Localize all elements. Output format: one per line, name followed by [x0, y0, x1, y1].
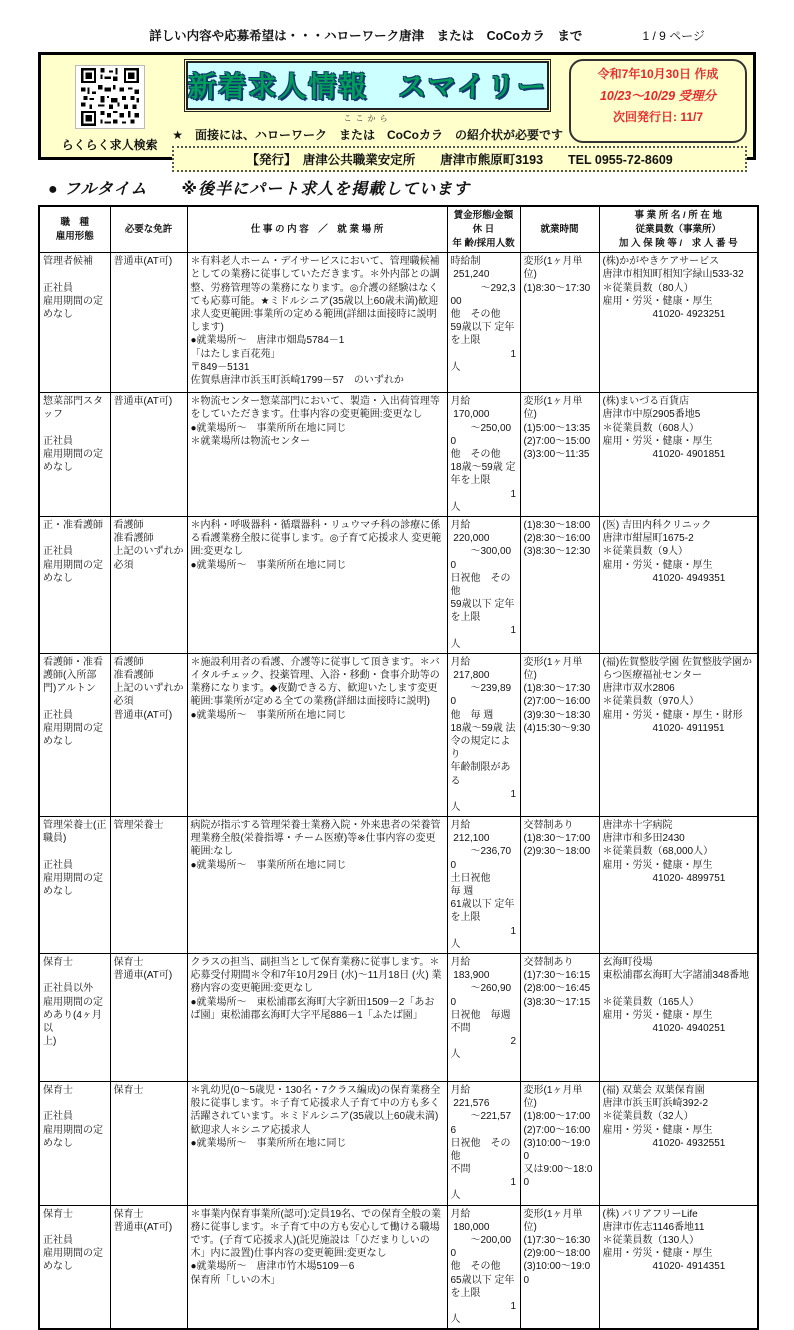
col-header-license: 必要な免許	[110, 206, 187, 253]
table-row: 保育士 正社員 雇用期間の定 めなし 保育士 普通車(AT可) ＊事業内保育事業…	[39, 1205, 758, 1329]
hours-cell: 変形(1ヶ月単位) (1)8:30～17:30 (2)7:00～16:00 (3…	[520, 653, 599, 816]
hours-cell: 交替制あり (1)8:30～17:00 (2)9:30～18:00	[520, 817, 599, 954]
job-title-cell: 保育士 正社員以外 雇用期間の定 めあり(4ヶ月以 上)	[39, 953, 110, 1081]
qr-area: らくらく求人検索	[47, 59, 172, 153]
wage-cell: 月給 180,000 ～200,000 他 その他 65歳以下 定年 を上限 1…	[447, 1205, 520, 1329]
publisher-info: 【発行】 唐津公共職業安定所 唐津市熊原町3193 TEL 0955-72-86…	[172, 146, 747, 172]
hours-cell: 変形(1ヶ月単位) (1)7:30～16:30 (2)9:00～18:00 (3…	[520, 1205, 599, 1329]
section-title-fulltime: ● フルタイム ※後半にパート求人を掲載しています	[48, 176, 794, 199]
description-cell: ＊有料老人ホーム・デイサービスにおいて、管理職候補としての業務に従事していただき…	[187, 253, 447, 393]
title-ruby: ここから	[344, 113, 392, 124]
employer-cell: (福) 双葉会 双葉保育園 唐津市浜玉町浜崎392-2 ＊従業員数（32人） 雇…	[599, 1081, 758, 1205]
hours-cell: 変形(1ヶ月単位) (1)8:00～17:00 (2)7:00～16:00 (3…	[520, 1081, 599, 1205]
employer-cell: (福)佐賀整肢学園 佐賀整肢学園からつ医療福祉センター 唐津市双水2806 ＊従…	[599, 653, 758, 816]
job-title-cell: 正・准看護師 正社員 雇用期間の定 めなし	[39, 516, 110, 653]
description-cell: クラスの担当、副担当として保育業務に従事します。＊応募受付期間＊令和7年10月2…	[187, 953, 447, 1081]
col-header-wage: 賃金形態/金額 休 日 年 齢/採用人数	[447, 206, 520, 253]
created-date: 令和7年10月30日 作成	[577, 65, 739, 82]
wage-cell: 月給 217,800 ～239,890 他 毎 週 18歳～59歳 法 令の規定…	[447, 653, 520, 816]
employer-cell: (株)かがやきケアサービス 唐津市相知町相知字緑山533-32 ＊従業員数（80…	[599, 253, 758, 393]
wage-cell: 月給 221,576 ～221,576 日祝他 その他 不問 1人	[447, 1081, 520, 1205]
wage-cell: 月給 220,000 ～300,000 日祝他 その他 59歳以下 定年 を上限…	[447, 516, 520, 653]
qr-search-label: らくらく求人検索	[62, 136, 158, 153]
hours-cell: (1)8:30～18:00 (2)8:30～16:00 (3)8:30～12:3…	[520, 516, 599, 653]
hours-cell: 変形(1ヶ月単位) (1)8:30～17:30	[520, 253, 599, 393]
next-issue-date: 次回発行日: 11/7	[577, 108, 739, 125]
col-header-employer: 事 業 所 名 / 所 在 地 従業員数（事業所） 加 入 保 険 等 / 求 …	[599, 206, 758, 253]
table-header-row: 職 種 雇用形態 必要な免許 仕 事 の 内 容 ／ 就 業 場 所 賃金形態/…	[39, 206, 758, 253]
top-line: 詳しい内容や応募希望は・・・ハローワーク唐津 または CoCoカラ まで 1 /…	[0, 0, 794, 44]
description-cell: ＊施設利用者の看護、介護等に従事して頂きます。＊バイタルチェック、投薬管理、入浴…	[187, 653, 447, 816]
employer-cell: (株)まいづる百貨店 唐津市中原2905番地5 ＊従業員数（608人） 雇用・労…	[599, 393, 758, 517]
table-row: 管理栄養士(正 職員) 正社員 雇用期間の定 めなし 管理栄養士 病院が指示する…	[39, 817, 758, 954]
employer-cell: (株) バリアフリーLife 唐津市佐志1146番地11 ＊従業員数（130人）…	[599, 1205, 758, 1329]
newsletter-title: 新着求人情報 スマイリー	[188, 71, 547, 102]
license-cell: 普通車(AT可)	[110, 393, 187, 517]
license-cell: 管理栄養士	[110, 817, 187, 954]
masthead-center: 新着求人情報 スマイリー ここから ★ 面接には、ハローワーク または CoCo…	[172, 59, 747, 153]
qr-code-icon	[75, 65, 145, 129]
newsletter-title-frame: 新着求人情報 スマイリー	[184, 59, 551, 112]
hours-cell: 交替制あり (1)7:30～16:15 (2)8:00～16:45 (3)8:3…	[520, 953, 599, 1081]
wage-cell: 月給 212,100 ～236,700 土日祝他 毎 週 61歳以下 定年 を上…	[447, 817, 520, 954]
col-header-hours: 就業時間	[520, 206, 599, 253]
license-cell: 看護師 准看護師 上記のいずれか 必須 普通車(AT可)	[110, 653, 187, 816]
masthead: らくらく求人検索 新着求人情報 スマイリー ここから ★ 面接には、ハローワーク…	[38, 52, 756, 160]
job-title-cell: 管理者候補 正社員 雇用期間の定 めなし	[39, 253, 110, 393]
license-cell: 保育士 普通車(AT可)	[110, 953, 187, 1081]
issue-date-box: 令和7年10月30日 作成 10/23～10/29 受理分 次回発行日: 11/…	[569, 59, 747, 143]
job-title-cell: 保育士 正社員 雇用期間の定 めなし	[39, 1081, 110, 1205]
employer-cell: (医) 吉田内科クリニック 唐津市紺屋町1675-2 ＊従業員数（9人） 雇用・…	[599, 516, 758, 653]
license-cell: 保育士	[110, 1081, 187, 1205]
col-header-job: 職 種 雇用形態	[39, 206, 110, 253]
job-title-cell: 管理栄養士(正 職員) 正社員 雇用期間の定 めなし	[39, 817, 110, 954]
job-title-cell: 惣菜部門スタッフ 正社員 雇用期間の定 めなし	[39, 393, 110, 517]
page-number: 1 / 9 ページ	[642, 27, 704, 44]
table-row: 保育士 正社員以外 雇用期間の定 めあり(4ヶ月以 上) 保育士 普通車(AT可…	[39, 953, 758, 1081]
wage-cell: 月給 170,000 ～250,000 他 その他 18歳～59歳 定 年を上限…	[447, 393, 520, 517]
accepted-period: 10/23～10/29 受理分	[577, 86, 739, 104]
description-cell: ＊物流センター惣菜部門において、製造・入出荷管理等をしていただきます。仕事内容の…	[187, 393, 447, 517]
table-row: 正・准看護師 正社員 雇用期間の定 めなし 看護師 准看護師 上記のいずれか 必…	[39, 516, 758, 653]
license-cell: 看護師 准看護師 上記のいずれか 必須	[110, 516, 187, 653]
table-row: 惣菜部門スタッフ 正社員 雇用期間の定 めなし 普通車(AT可) ＊物流センター…	[39, 393, 758, 517]
employer-cell: 玄海町役場 東松浦郡玄海町大字諸浦348番地 ＊従業員数（165人） 雇用・労災…	[599, 953, 758, 1081]
table-row: 管理者候補 正社員 雇用期間の定 めなし 普通車(AT可) ＊有料老人ホーム・デ…	[39, 253, 758, 393]
contact-note: 詳しい内容や応募希望は・・・ハローワーク唐津 または CoCoカラ まで	[149, 26, 582, 44]
col-header-description: 仕 事 の 内 容 ／ 就 業 場 所	[187, 206, 447, 253]
wage-cell: 時給制 251,240 ～292,300 他 その他 59歳以下 定年 を上限 …	[447, 253, 520, 393]
description-cell: 病院が指示する管理栄養士業務入院・外来患者の栄養管理業務全般(栄養指導・チーム医…	[187, 817, 447, 954]
job-title-cell: 保育士 正社員 雇用期間の定 めなし	[39, 1205, 110, 1329]
job-title-cell: 看護師・准看 護師(入所部 門)アルトン 正社員 雇用期間の定 めなし	[39, 653, 110, 816]
interview-note: ★ 面接には、ハローワーク または CoCoカラ の紹介状が必要です	[172, 126, 563, 143]
job-listings-table: 職 種 雇用形態 必要な免許 仕 事 の 内 容 ／ 就 業 場 所 賃金形態/…	[38, 205, 759, 1330]
description-cell: ＊乳幼児(0～5歳児・130名・7クラス編成)の保育業務全般に従事します。＊子育…	[187, 1081, 447, 1205]
table-row: 看護師・准看 護師(入所部 門)アルトン 正社員 雇用期間の定 めなし 看護師 …	[39, 653, 758, 816]
description-cell: ＊内科・呼吸器科・循環器科・リュウマチ科の診療に係る看護業務全般に従事します。◎…	[187, 516, 447, 653]
wage-cell: 月給 183,900 ～260,900 日祝他 毎週 不問 2人	[447, 953, 520, 1081]
license-cell: 保育士 普通車(AT可)	[110, 1205, 187, 1329]
document-page: 詳しい内容や応募希望は・・・ハローワーク唐津 または CoCoカラ まで 1 /…	[0, 0, 794, 1123]
description-cell: ＊事業内保育事業所(認可):定員19名、での保育全般の業務に従事します。＊子育て…	[187, 1205, 447, 1329]
employer-cell: 唐津赤十字病院 唐津市和多田2430 ＊従業員数（68,000人） 雇用・労災・…	[599, 817, 758, 954]
license-cell: 普通車(AT可)	[110, 253, 187, 393]
hours-cell: 変形(1ヶ月単位) (1)5:00～13:35 (2)7:00～15:00 (3…	[520, 393, 599, 517]
table-row: 保育士 正社員 雇用期間の定 めなし 保育士 ＊乳幼児(0～5歳児・130名・7…	[39, 1081, 758, 1205]
